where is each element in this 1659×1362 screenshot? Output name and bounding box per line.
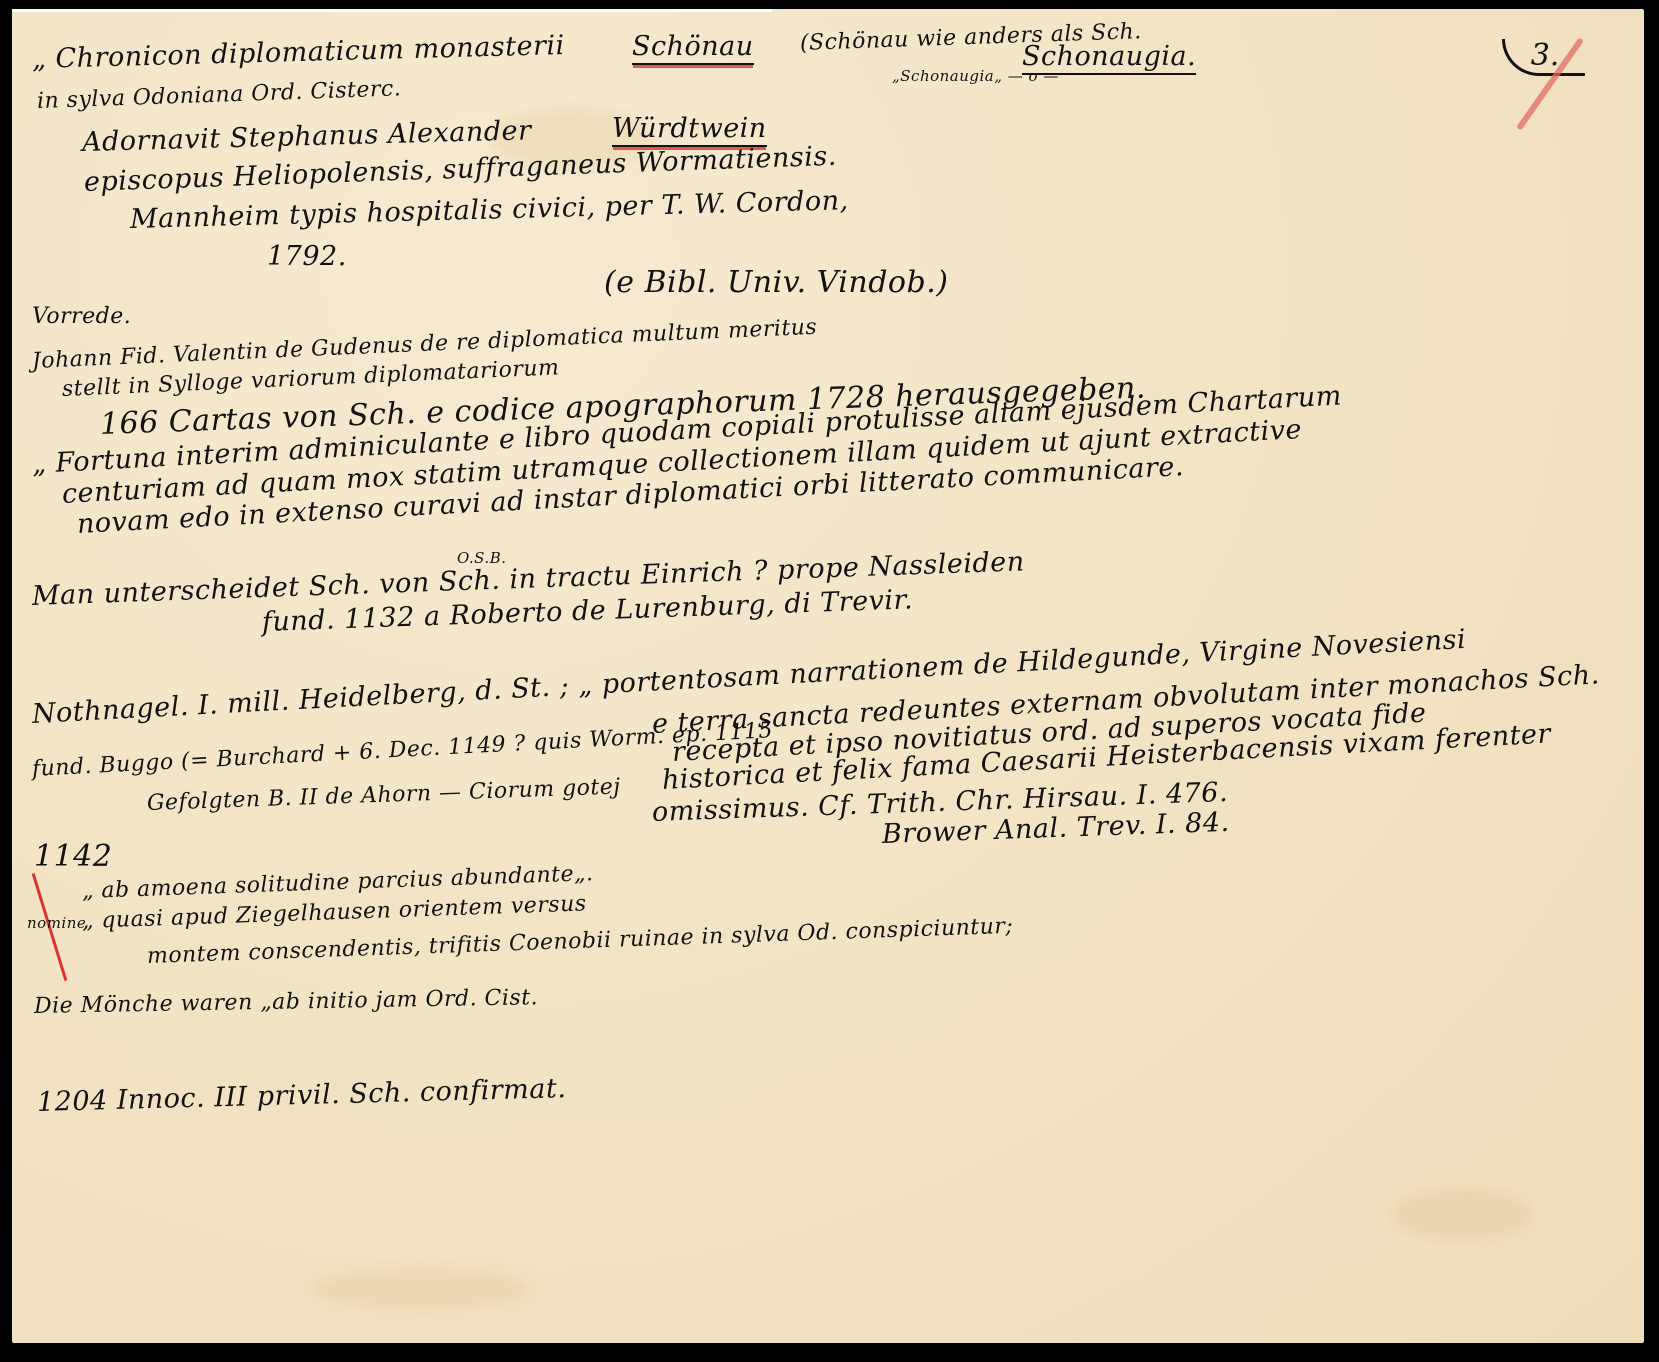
margin-note: nomine [27, 914, 86, 932]
title-schoenau: Schönau [632, 31, 754, 65]
title-line-1: „ Chronicon diplomaticum monasterii [32, 30, 565, 75]
body-line: 1204 Innoc. III privil. Sch. confirmat. [37, 1073, 567, 1118]
title-line-2: in sylva Odoniana Ord. Cisterc. [37, 76, 402, 114]
year-1142: 1142 [34, 839, 112, 874]
author-wuerdtwein: Würdtwein [612, 113, 767, 147]
imprint-line: Mannheim typis hospitalis civici, per T.… [130, 185, 849, 235]
page-top-edge [12, 9, 772, 12]
imprint-year: 1792. [267, 241, 347, 272]
title-schonaugia: Schonaugia. [1022, 41, 1196, 75]
manuscript-page: 3. „ Chronicon diplomaticum monasterii S… [12, 9, 1644, 1343]
paper-stain [312, 1269, 532, 1309]
body-line: Die Mönche waren „ab initio jam Ord. Cis… [34, 985, 539, 1019]
paper-stain [1392, 1189, 1532, 1239]
section-vorrede: Vorrede. [32, 304, 131, 329]
source-library: (e Bibl. Univ. Vindob.) [604, 265, 948, 300]
author-line: Adornavit Stephanus Alexander [82, 115, 532, 158]
body-line: Gefolgten B. II de Ahorn — Ciorum gotej [147, 774, 621, 816]
